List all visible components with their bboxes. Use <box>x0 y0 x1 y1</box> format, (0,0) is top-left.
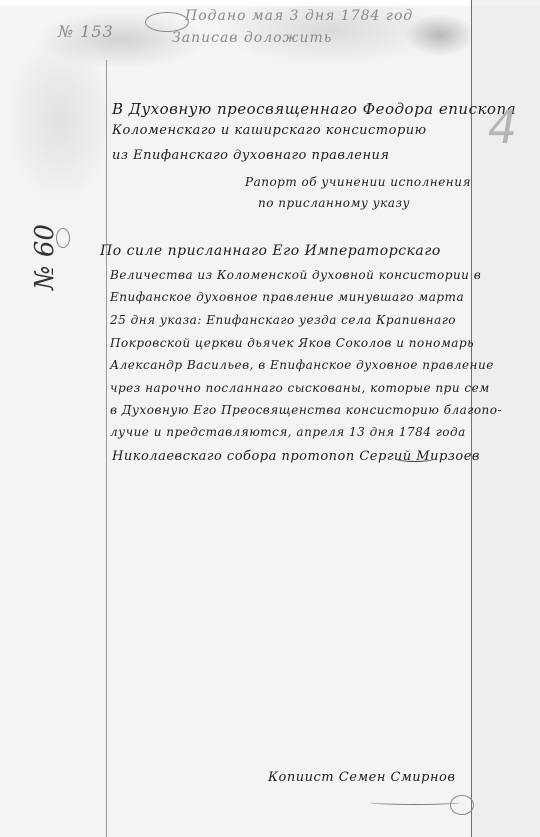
body-line-8: в Духовную Его Преосвященства консистори… <box>110 403 502 417</box>
subject-line-2: по присланному указу <box>258 196 410 210</box>
body-line-4: 25 дня указа: Епифанскаго уезда села Кра… <box>110 313 456 327</box>
header-note-submitted: Подано мая 3 дня 1784 год <box>185 8 413 24</box>
body-line-2: Величества из Коломенской духовной конси… <box>110 268 481 282</box>
body-line-1: По силе присланнаго Его Императорскаго <box>100 243 441 259</box>
body-line-3: Епифанское духовное правление минувшаго … <box>110 290 464 304</box>
signature-paraph-mark <box>450 795 474 815</box>
left-margin-rule <box>106 60 107 837</box>
signature-flourish <box>395 455 435 462</box>
address-line-3: из Епифанскаго духовнаго правления <box>112 148 390 163</box>
body-line-5: Покровской церкви дьячек Яков Соколов и … <box>110 336 474 350</box>
manuscript-page: № 153 Подано мая 3 дня 1784 год Записав … <box>0 0 540 837</box>
header-oval-mark <box>145 12 189 32</box>
body-line-9: лучие и представляются, апреля 13 дня 17… <box>110 425 466 439</box>
signature-underline-stroke <box>370 800 460 805</box>
subject-line-1: Рапорт об учинении исполнения <box>245 175 471 189</box>
address-line-1: В Духовную преосвященнаго Феодора еписко… <box>112 100 516 118</box>
header-number: № 153 <box>58 22 114 41</box>
body-line-6: Александр Васильев, в Епифанское духовно… <box>110 358 494 372</box>
right-margin-rule <box>471 0 472 837</box>
margin-annotation-number: № 60 <box>30 224 60 290</box>
torn-top-edge <box>0 0 540 6</box>
address-line-2: Коломенскаго и каширскаго консисторию <box>112 123 427 138</box>
header-note-record: Записав доложить <box>172 30 332 46</box>
body-line-7: чрез нарочно посланнаго сыскованы, котор… <box>110 381 490 395</box>
secretary-signature: Копиист Семен Смирнов <box>268 770 455 785</box>
